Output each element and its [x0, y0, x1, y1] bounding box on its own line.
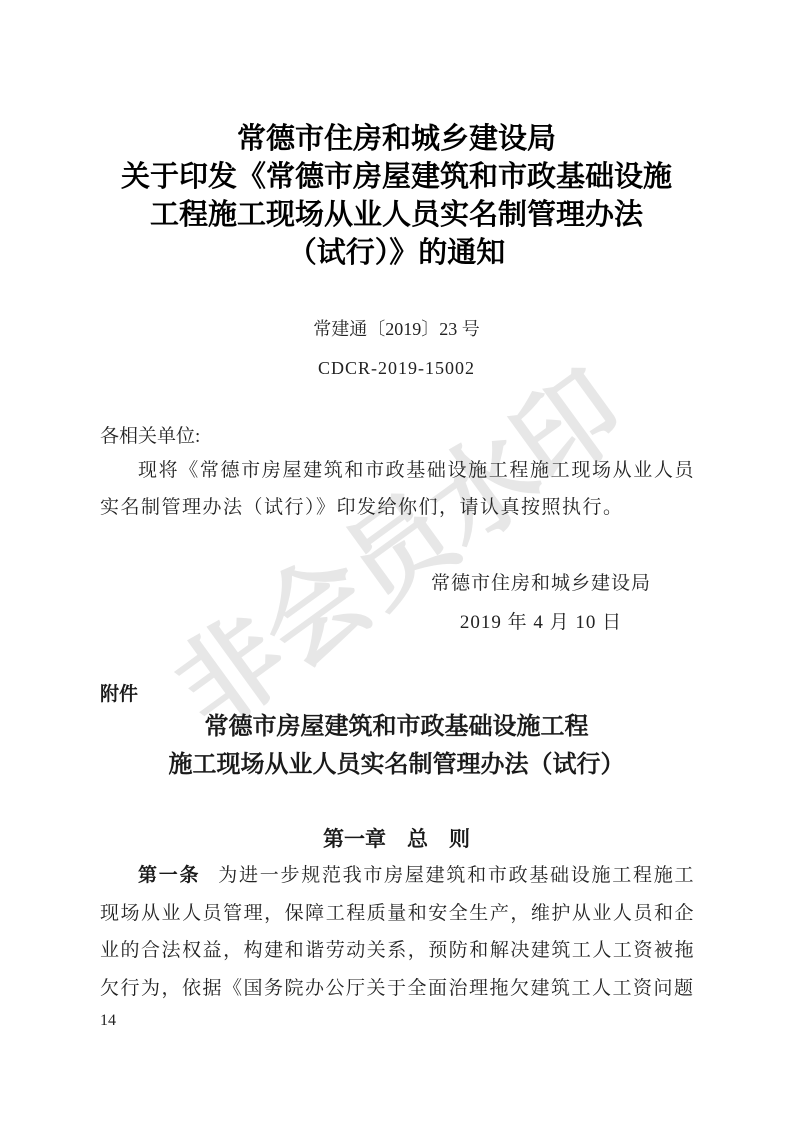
notice-title-line-2: 关于印发《常德市房屋建筑和市政基础设施 [0, 158, 793, 196]
chapter-heading: 第一章 总 则 [0, 823, 793, 853]
attachment-label: 附件 [100, 679, 138, 706]
notice-body-paragraph: 现将《常德市房屋建筑和市政基础设施工程施工现场从业人员实名制管理办法（试行）》印… [100, 452, 695, 526]
attachment-title: 常德市房屋建筑和市政基础设施工程 施工现场从业人员实名制管理办法（试行） [0, 708, 793, 784]
document-content: 常德市住房和城乡建设局 关于印发《常德市房屋建筑和市政基础设施 工程施工现场从业… [0, 0, 793, 1122]
document-numbers: 常建通〔2019〕23 号 CDCR-2019-15002 [0, 310, 793, 388]
notice-title-line-1: 常德市住房和城乡建设局 [0, 120, 793, 158]
article-paragraph: 第一条为进一步规范我市房屋建筑和市政基础设施工程施工现场从业人员管理，保障工程质… [100, 857, 695, 1007]
notice-title-line-3: 工程施工现场从业人员实名制管理办法 [0, 196, 793, 234]
attachment-title-line-1: 常德市房屋建筑和市政基础设施工程 [0, 708, 793, 746]
notice-title-line-4: （试行）》的通知 [0, 234, 793, 272]
notice-title: 常德市住房和城乡建设局 关于印发《常德市房屋建筑和市政基础设施 工程施工现场从业… [0, 120, 793, 272]
document-page: 非会员水印 常德市住房和城乡建设局 关于印发《常德市房屋建筑和市政基础设施 工程… [0, 0, 793, 1122]
doc-number: 常建通〔2019〕23 号 [0, 310, 793, 349]
signature-date: 2019 年 4 月 10 日 [389, 603, 693, 642]
salutation: 各相关单位: [100, 421, 200, 448]
signature-block: 常德市住房和城乡建设局 2019 年 4 月 10 日 [389, 564, 693, 642]
doc-code: CDCR-2019-15002 [0, 349, 793, 388]
signature-org: 常德市住房和城乡建设局 [389, 564, 693, 603]
article-label: 第一条 [138, 865, 200, 886]
attachment-title-line-2: 施工现场从业人员实名制管理办法（试行） [0, 746, 793, 784]
page-number: 14 [100, 1012, 116, 1030]
